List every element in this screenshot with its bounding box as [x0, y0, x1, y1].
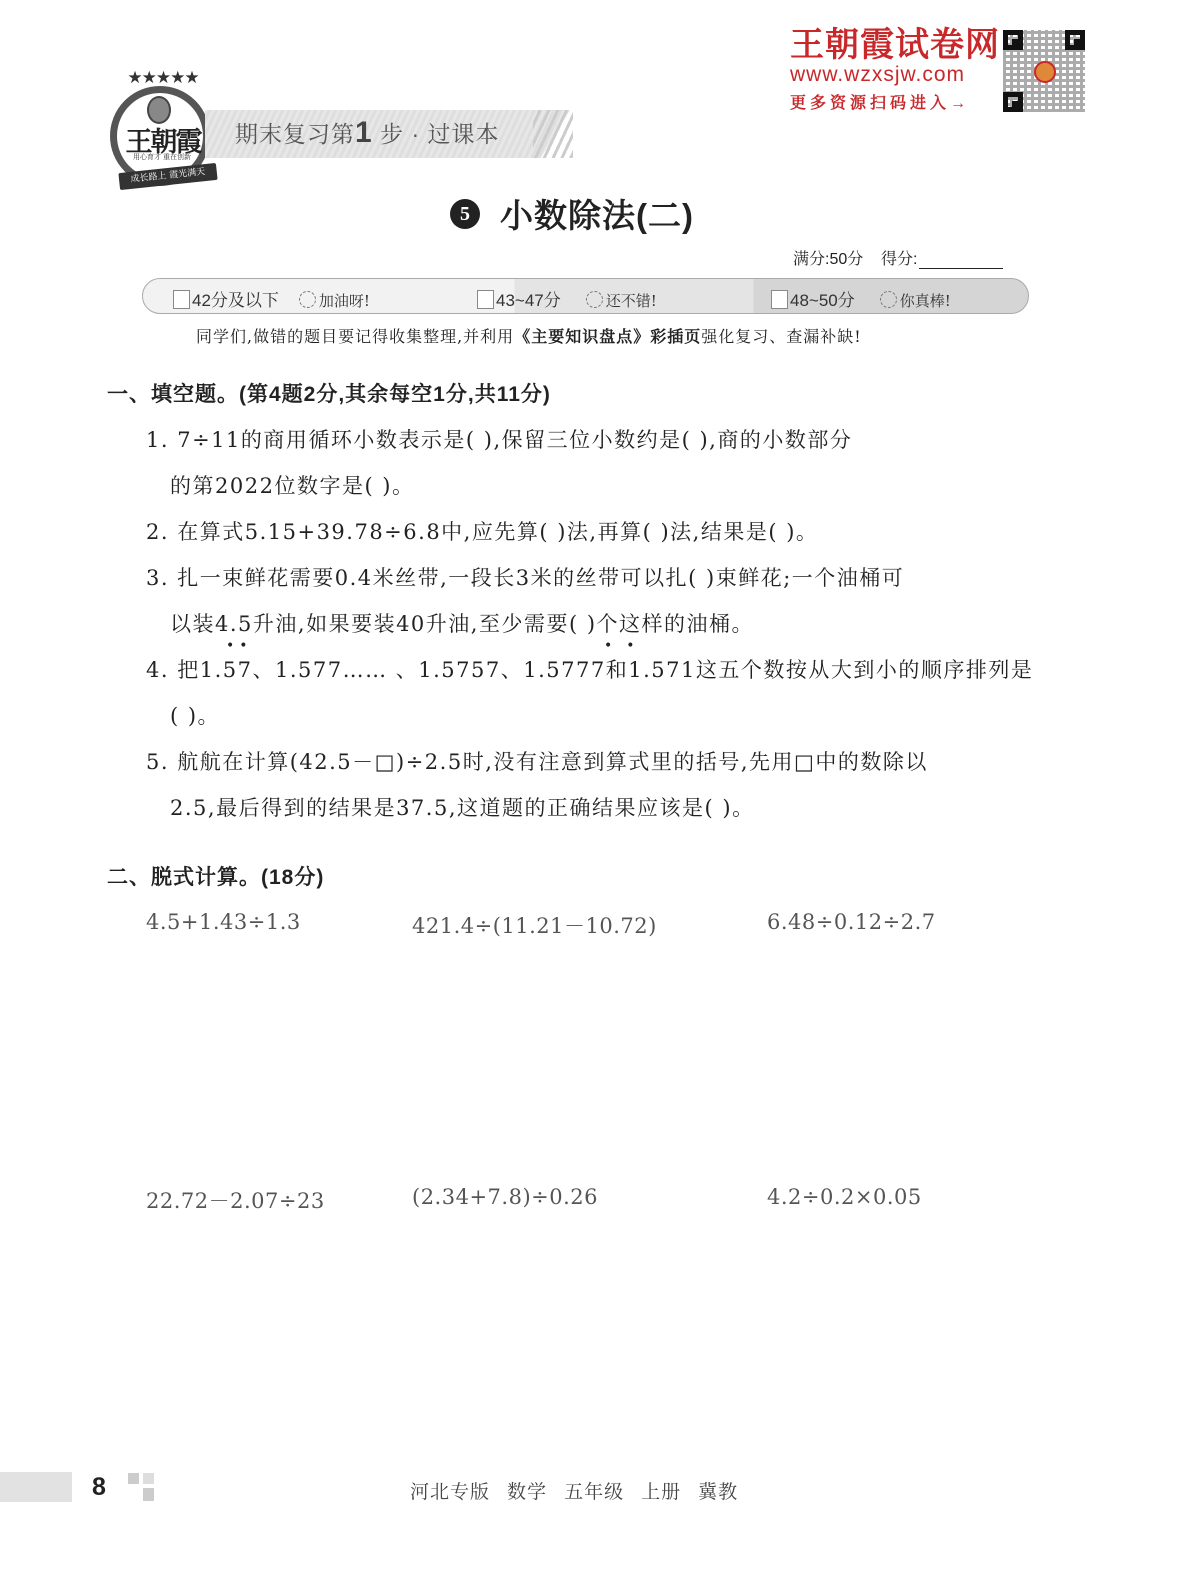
banner-title: 期末复习第1 步 · 过课本 [235, 116, 500, 150]
footer-decoration [143, 1488, 154, 1501]
brand-url-link[interactable]: www.wzxsjw.com [790, 63, 965, 87]
question-1-line-1: 1. 7÷11的商用循环小数表示是( ),保留三位小数约是( ),商的小数部分 [146, 424, 852, 454]
rating-option-high: 48~50分你真棒! [771, 286, 951, 311]
question-3-line-2: 以装4.5升油,如果要装40升油,至少需要( )个这样的油桶。 [170, 608, 754, 638]
banner-prefix: 期末复习第 [235, 121, 355, 147]
stars-icon: ★★★★★ [113, 68, 213, 88]
score-input-blank[interactable] [919, 268, 1003, 269]
calc-problem-6: 4.2÷0.2×0.05 [767, 1185, 922, 1209]
section-heading-fill-blank: 一、填空题。(第4题2分,其余每空1分,共11分) [107, 378, 551, 408]
section-heading-calculation: 二、脱式计算。(18分) [107, 861, 324, 891]
footer-decoration [143, 1473, 154, 1484]
rating-option-mid: 43~47分还不错! [477, 286, 657, 311]
smiley-face-icon [586, 291, 603, 308]
repeating-decimal-dots: •• [226, 638, 253, 654]
page-number: 8 [92, 1473, 106, 1502]
banner-stripes [533, 110, 573, 158]
question-3-line-1: 3. 扎一束鲜花需要0.4米丝带,一段长3米的丝带可以扎( )束鲜花;一个油桶可 [146, 562, 904, 592]
score-label: 得分: [881, 251, 917, 268]
publisher-logo-badge: ★★★★★ 王朝霞 用心育才 重在创新 成长路上 霞光满天 [105, 68, 220, 188]
calc-problem-1: 4.5+1.43÷1.3 [146, 910, 301, 934]
footer-edition-info: 河北专版 数学 五年级 上册 冀教 [410, 1477, 738, 1504]
calc-problem-2: 421.4÷(11.21－10.72) [412, 910, 657, 940]
brand-cta: 更多资源扫码进入→ [790, 90, 970, 113]
study-tip: 同学们,做错的题目要记得收集整理,并利用《主要知识盘点》彩插页强化复习、查漏补缺… [196, 324, 862, 347]
calc-problem-3: 6.48÷0.12÷2.7 [767, 910, 936, 934]
question-5-line-1: 5. 航航在计算(42.5－□)÷2.5时,没有注意到算式里的括号,先用□中的数… [146, 746, 928, 776]
qr-code-icon[interactable] [1003, 30, 1085, 112]
qr-emblem-icon [1034, 61, 1056, 83]
smiley-face-icon [880, 291, 897, 308]
full-score: 满分:50分 [793, 251, 863, 268]
question-1-line-2: 的第2022位数字是( )。 [170, 470, 415, 500]
qr-finder [1003, 92, 1023, 112]
footer-decoration [128, 1473, 139, 1484]
question-5-line-2: 2.5,最后得到的结果是37.5,这道题的正确结果应该是( )。 [170, 792, 755, 822]
footer-bar [0, 1472, 72, 1502]
rating-checkbox[interactable] [477, 290, 494, 309]
self-rating-band: 42分及以下加油呀! 43~47分还不错! 48~50分你真棒! [142, 278, 1029, 314]
banner-step: 1 [355, 116, 373, 149]
banner-suffix: 步 · 过课本 [380, 121, 499, 147]
qr-finder [1003, 30, 1023, 50]
brand-name: 王朝霞试卷网 [790, 25, 1000, 65]
logo-slogan: 用心育才 重在创新 [127, 152, 197, 162]
qr-finder [1065, 30, 1085, 50]
study-tip-highlight: 《主要知识盘点》彩插页 [514, 329, 701, 346]
question-4-line-1: 4. 把1.57、1.577…… 、1.5757、1.5777和1.571这五个… [146, 654, 1033, 684]
score-line: 满分:50分 得分: [793, 246, 1003, 269]
calc-problem-4: 22.72－2.07÷23 [146, 1185, 325, 1215]
rating-checkbox[interactable] [173, 290, 190, 309]
rating-checkbox[interactable] [771, 290, 788, 309]
page-title: 小数除法(二) [500, 190, 694, 237]
question-4-line-2: ( )。 [170, 700, 220, 730]
unit-number-badge: 5 [450, 199, 480, 229]
rating-option-low: 42分及以下加油呀! [173, 286, 370, 311]
repeating-decimal-dots: •• [604, 638, 649, 654]
smiley-face-icon [299, 291, 316, 308]
calc-problem-5: (2.34+7.8)÷0.26 [412, 1185, 598, 1209]
question-2: 2. 在算式5.15+39.78÷6.8中,应先算( )法,再算( )法,结果是… [146, 516, 818, 546]
